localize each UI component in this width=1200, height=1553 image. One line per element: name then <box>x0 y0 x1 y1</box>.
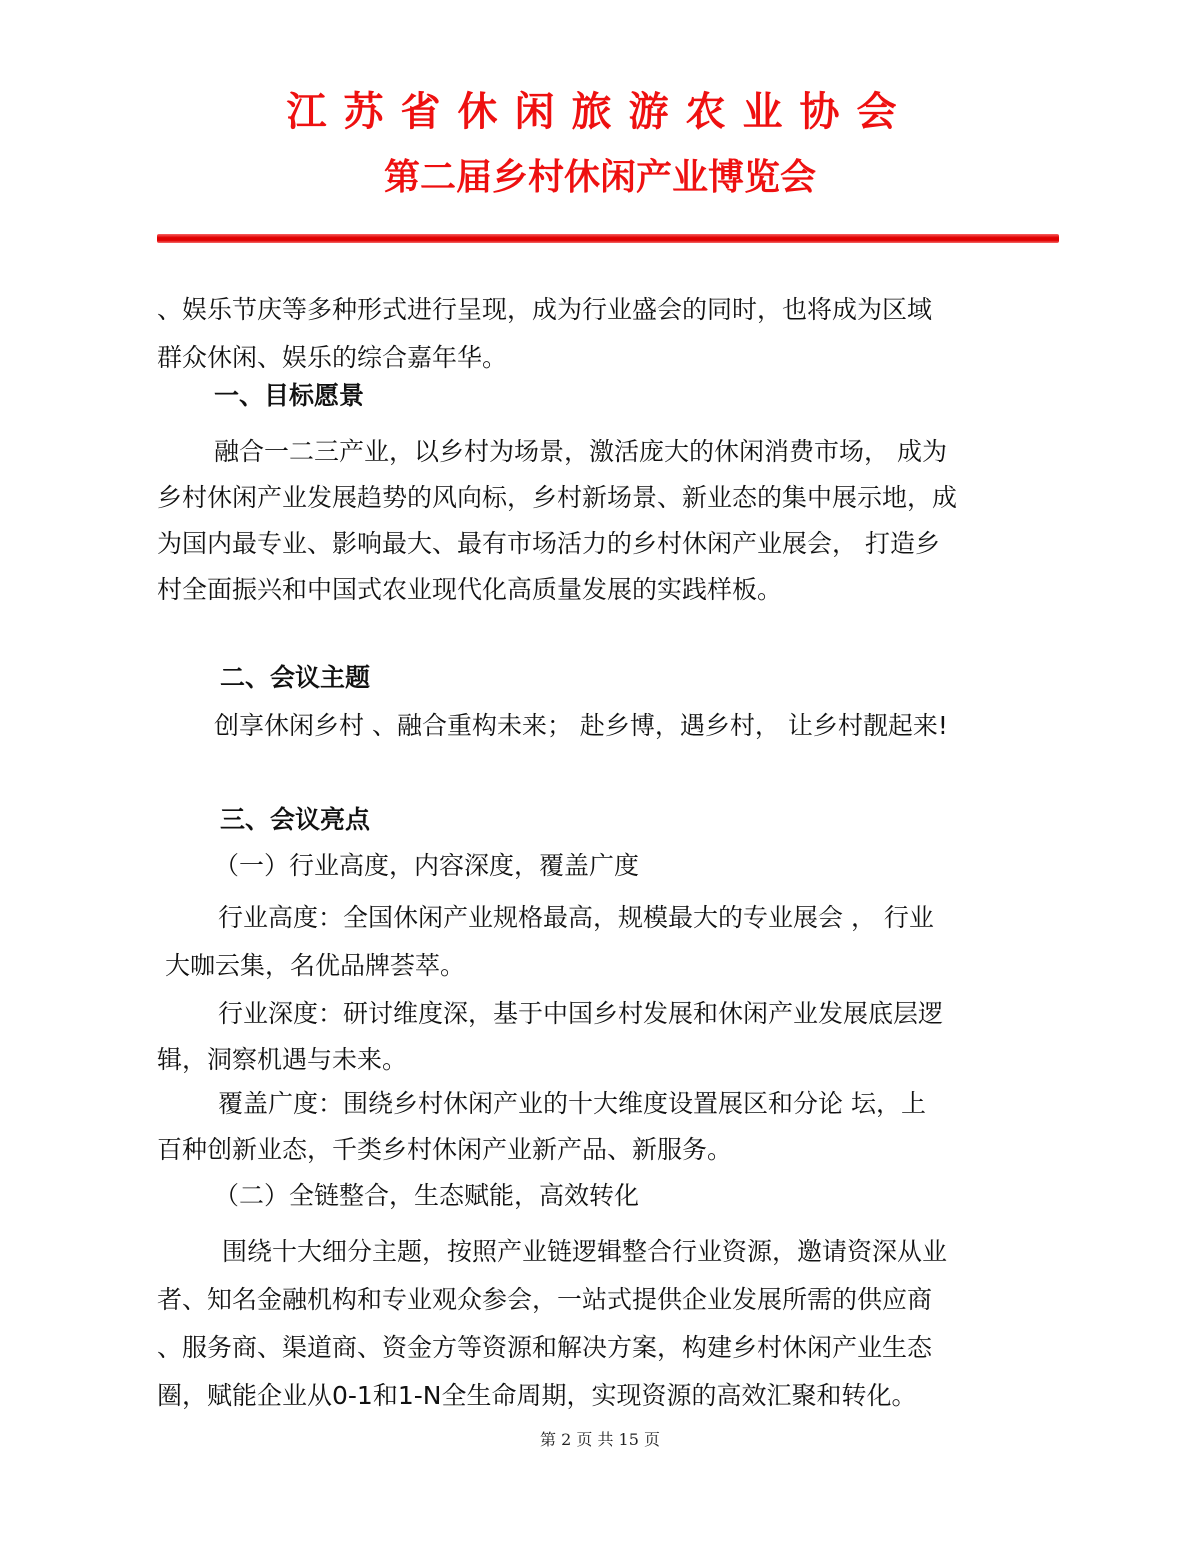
subsection-heading: （一）行业高度，内容深度，覆盖广度 <box>214 846 639 886</box>
paragraph-line: 圈，赋能企业从0-1和1-N全生命周期，实现资源的高效汇聚和转化。 <box>157 1376 916 1416</box>
paragraph-line: 行业深度：研讨维度深，基于中国乡村发展和休闲产业发展底层逻 <box>218 994 943 1034</box>
paragraph-line: 围绕十大细分主题，按照产业链逻辑整合行业资源，邀请资深从业 <box>222 1232 947 1272</box>
paragraph-line: 、娱乐节庆等多种形式进行呈现，成为行业盛会的同时，也将成为区域 <box>157 290 932 330</box>
paragraph-line: 融合一二三产业，以乡村为场景，激活庞大的休闲消费市场， 成为 <box>214 432 947 472</box>
paragraph-line: 、服务商、渠道商、资金方等资源和解决方案，构建乡村休闲产业生态 <box>157 1328 932 1368</box>
paragraph-line: 行业高度：全国休闲产业规格最高，规模最大的专业展会 ， 行业 <box>218 898 934 938</box>
paragraph-line: 村全面振兴和中国式农业现代化高质量发展的实践样板。 <box>157 570 782 610</box>
section-heading-highlights: 三、会议亮点 <box>220 800 370 840</box>
subsection-heading: （二）全链整合，生态赋能，高效转化 <box>214 1176 639 1216</box>
theme-slogan: 创享休闲乡村 、融合重构未来； 赴乡博，遇乡村， 让乡村靓起来! <box>214 706 948 746</box>
document-title-org: 江苏省休闲旅游农业协会 <box>0 84 1200 140</box>
header-divider <box>157 234 1059 243</box>
paragraph-line: 群众休闲、娱乐的综合嘉年华。 <box>157 338 507 378</box>
section-heading-vision: 一、目标愿景 <box>214 376 364 416</box>
paragraph-line: 者、知名金融机构和专业观众参会，一站式提供企业发展所需的供应商 <box>157 1280 932 1320</box>
paragraph-line: 辑，洞察机遇与未来。 <box>157 1040 407 1080</box>
page-number: 第 2 页 共 15 页 <box>0 1427 1200 1450</box>
document-title-event: 第二届乡村休闲产业博览会 <box>0 150 1200 206</box>
paragraph-line: 覆盖广度：围绕乡村休闲产业的十大维度设置展区和分论 坛，上 <box>218 1084 926 1124</box>
paragraph-line: 大咖云集，名优品牌荟萃。 <box>165 946 465 986</box>
paragraph-line: 乡村休闲产业发展趋势的风向标，乡村新场景、新业态的集中展示地，成 <box>157 478 957 518</box>
paragraph-line: 为国内最专业、影响最大、最有市场活力的乡村休闲产业展会， 打造乡 <box>157 524 940 564</box>
section-heading-theme: 二、会议主题 <box>220 658 370 698</box>
paragraph-line: 百种创新业态，千类乡村休闲产业新产品、新服务。 <box>157 1130 732 1170</box>
